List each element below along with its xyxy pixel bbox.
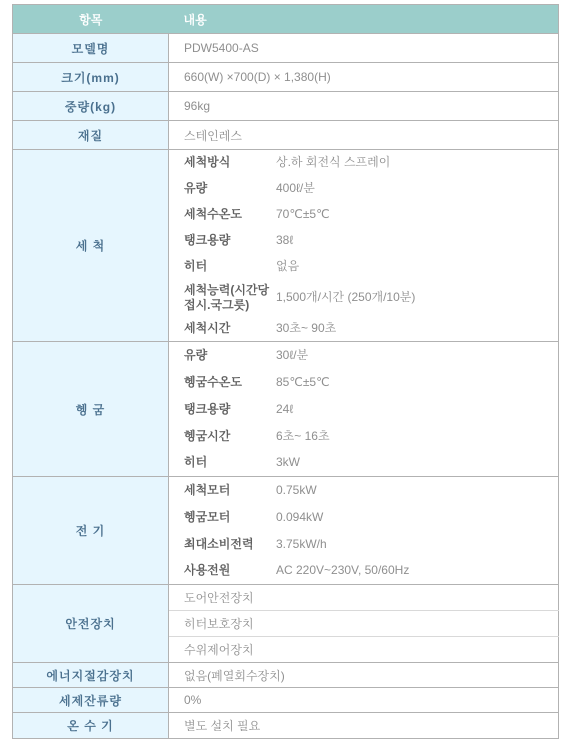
group-label-electric: 전 기 [13,477,169,585]
subrow: 사용전원 AC 220V~230V, 50/60Hz [184,563,558,578]
row-value-size: 660(W) ×700(D) × 1,380(H) [169,63,559,92]
table-header-row: 항목 내용 [13,5,559,34]
group-row-rinse: 헹 굼 유량 30ℓ/분 [13,342,559,369]
group-label-rinse: 헹 굼 [13,342,169,477]
subrow-label: 헹굼수온도 [184,375,276,390]
row-label-water-heater: 온 수 기 [13,713,169,739]
subrow-label: 히터 [184,259,276,274]
subrow-label: 유량 [184,348,276,363]
row-value-material: 스테인레스 [169,121,559,150]
group-row-safety: 안전장치 도어안전장치 [13,585,559,611]
row-label-detergent: 세제잔류량 [13,688,169,713]
subrow-label: 히터 [184,455,276,470]
safety-item: 히터보호장치 [169,611,559,637]
subrow-value: AC 220V~230V, 50/60Hz [276,563,409,578]
group-row-electric: 전 기 세척모터 0.75kW [13,477,559,504]
subrow: 유량 30ℓ/분 [184,348,558,363]
subrow-label: 세척수온도 [184,207,276,222]
subrow-value: 없음 [276,259,299,274]
subrow: 세척모터 0.75kW [184,483,558,498]
table-row: 모델명 PDW5400-AS [13,34,559,63]
row-label-weight: 중량(kg) [13,92,169,121]
table-row: 중량(kg) 96kg [13,92,559,121]
subrow-value: 400ℓ/분 [276,181,315,196]
row-value-energy: 없음(폐열회수장치) [169,663,559,688]
subrow: 헹굼모터 0.094kW [184,510,558,525]
row-label-material: 재질 [13,121,169,150]
subrow: 히터 없음 [184,259,558,274]
subrow-label: 유량 [184,181,276,196]
subrow-label: 세척방식 [184,155,276,170]
subrow-value: 1,500개/시간 (250개/10분) [276,290,415,305]
subrow-label: 세척모터 [184,483,276,498]
table-row: 크기(mm) 660(W) ×700(D) × 1,380(H) [13,63,559,92]
table-row: 재질 스테인레스 [13,121,559,150]
subrow-value: 38ℓ [276,233,293,248]
row-label-energy: 에너지절감장치 [13,663,169,688]
subrow-value: 6초~ 16초 [276,429,330,444]
subrow: 세척능력(시간당 접시.국그릇) 1,500개/시간 (250개/10분) [184,283,558,313]
table-row: 온 수 기 별도 설치 필요 [13,713,559,739]
row-value-weight: 96kg [169,92,559,121]
subrow-value: 0.75kW [276,483,317,498]
subrow: 헹굼시간 6초~ 16초 [184,429,558,444]
row-label-size: 크기(mm) [13,63,169,92]
page: 항목 내용 모델명 PDW5400-AS 크기(mm) 660(W) ×700(… [0,0,584,739]
subrow-label: 최대소비전력 [184,537,276,552]
subrow: 세척방식 상.하 회전식 스프레이 [184,155,558,170]
subrow: 히터 3kW [184,455,558,470]
subrow: 최대소비전력 3.75kW/h [184,537,558,552]
group-label-safety: 안전장치 [13,585,169,663]
subrow-value: 0.094kW [276,510,323,525]
subrow-value: 24ℓ [276,402,293,417]
row-value-detergent: 0% [169,688,559,713]
subrow-value: 3.75kW/h [276,537,327,552]
subrow: 세척수온도 70℃±5℃ [184,207,558,222]
subrow-value: 85℃±5℃ [276,375,330,390]
subrow: 유량 400ℓ/분 [184,181,558,196]
subrow-label: 헹굼모터 [184,510,276,525]
subrow-label: 헹굼시간 [184,429,276,444]
subrow-value: 70℃±5℃ [276,207,330,222]
header-content-cell: 내용 [169,5,559,34]
table-row: 에너지절감장치 없음(폐열회수장치) [13,663,559,688]
subrow: 탱크용량 24ℓ [184,402,558,417]
subrow-value: 상.하 회전식 스프레이 [276,155,390,170]
row-value-water-heater: 별도 설치 필요 [169,713,559,739]
subrow-value: 3kW [276,455,300,470]
subrow-label: 세척시간 [184,321,276,336]
subrow: 헹굼수온도 85℃±5℃ [184,375,558,390]
subrow-value: 30초~ 90초 [276,321,336,336]
subrow-label: 탱크용량 [184,402,276,417]
subrow: 세척시간 30초~ 90초 [184,321,558,336]
row-value-model: PDW5400-AS [169,34,559,63]
subrow-label: 사용전원 [184,563,276,578]
safety-item: 수위제어장치 [169,637,559,663]
header-item-cell: 항목 [13,5,169,34]
subrow-label: 세척능력(시간당 접시.국그릇) [184,283,276,313]
subrow-value: 30ℓ/분 [276,348,308,363]
row-label-model: 모델명 [13,34,169,63]
safety-item: 도어안전장치 [169,585,559,611]
spec-table: 항목 내용 모델명 PDW5400-AS 크기(mm) 660(W) ×700(… [12,4,559,739]
group-label-wash: 세 척 [13,150,169,342]
subrow: 탱크용량 38ℓ [184,233,558,248]
group-row-wash: 세 척 세척방식 상.하 회전식 스프레이 [13,150,559,176]
subrow-label: 탱크용량 [184,233,276,248]
table-row: 세제잔류량 0% [13,688,559,713]
